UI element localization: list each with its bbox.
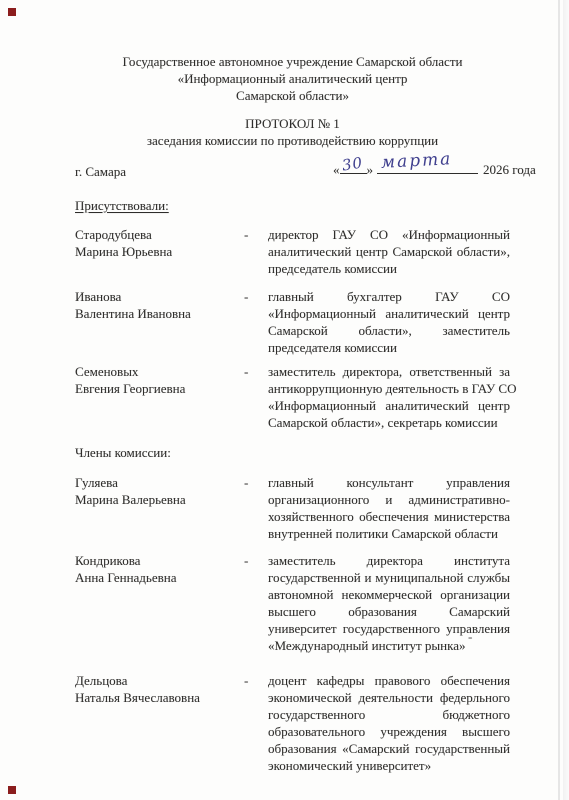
members-heading: Члены комиссии: — [75, 444, 171, 461]
role-line: внутренней политики Самарской области — [268, 525, 510, 542]
name-line: Марина Валерьевна — [75, 491, 243, 508]
role-line: «Информационный аналитический центр — [268, 397, 510, 414]
attendee-role: главный бухгалтер ГАУ СО «Информационный… — [268, 288, 510, 356]
org-name-line: Самарской области» — [75, 87, 510, 104]
name-line: Семеновых — [75, 363, 243, 380]
separator-dash: - — [244, 672, 248, 689]
name-line: Валентина Ивановна — [75, 305, 243, 322]
role-line: государственной и муниципальной службы — [268, 569, 510, 586]
close-quote: » — [367, 162, 374, 177]
role-line: организационного и административно- — [268, 491, 510, 508]
date-line: «30»марта2026 года — [333, 160, 536, 178]
role-line: образования «Самарский государственный — [268, 740, 510, 757]
attendee-name: Кондрикова Анна Геннадьевна — [75, 552, 243, 586]
scan-stray-mark: - — [468, 629, 472, 645]
name-line: Анна Геннадьевна — [75, 569, 243, 586]
role-line: председатель комиссии — [268, 260, 510, 277]
role-line: экономический университет» — [268, 757, 510, 774]
protocol-subtitle: заседания комиссии по противодействию ко… — [75, 132, 510, 149]
role-line: главный консультант управления — [268, 474, 510, 491]
attendee-name: Иванова Валентина Ивановна — [75, 288, 243, 322]
separator-dash: - — [244, 288, 248, 305]
name-line: Кондрикова — [75, 552, 243, 569]
attendees-heading: Присутствовали: — [75, 197, 169, 214]
corner-marker-bottom-left — [8, 786, 16, 794]
name-line: Марина Юрьевна — [75, 243, 243, 260]
name-line: Дельцова — [75, 672, 243, 689]
name-line: Гуляева — [75, 474, 243, 491]
attendee-role: директор ГАУ СО «Информационный аналитич… — [268, 226, 510, 277]
scan-edge-shadow — [563, 0, 569, 800]
attendee-role: главный консультант управления организац… — [268, 474, 510, 542]
role-line: «Международный институт рынка» — [268, 637, 510, 654]
attendee-role: заместитель директора, ответственный за … — [268, 363, 510, 431]
role-line: Самарской области», секретарь комиссии — [268, 414, 510, 431]
handwritten-month: марта — [381, 151, 453, 172]
name-line: Стародубцева — [75, 226, 243, 243]
role-line: доцент кафедры правового обеспечения — [268, 672, 510, 689]
role-line: экономической деятельности федерльного — [268, 689, 510, 706]
day-underline-slot: 30 — [340, 160, 367, 174]
role-line: государственного бюджетного — [268, 706, 510, 723]
attendee-name: Стародубцева Марина Юрьевна — [75, 226, 243, 260]
role-line: председателя комиссии — [268, 339, 510, 356]
separator-dash: - — [244, 474, 248, 491]
role-line: аналитический центр Самарской области», — [268, 243, 510, 260]
role-line: заместитель директора института — [268, 552, 510, 569]
name-line: Наталья Вячеславовна — [75, 689, 243, 706]
org-name-line: Государственное автономное учреждение Са… — [75, 53, 510, 70]
role-line: директор ГАУ СО «Информационный — [268, 226, 510, 243]
role-line: антикоррупционную деятельность в ГАУ СО — [268, 380, 510, 397]
scanned-protocol-page: Государственное автономное учреждение Са… — [0, 0, 569, 800]
scan-edge-line — [558, 0, 560, 800]
month-underline-slot: марта — [377, 160, 478, 174]
separator-dash: - — [244, 363, 248, 380]
role-line: Самарской области», заместитель — [268, 322, 510, 339]
year-label: 2026 года — [483, 162, 536, 177]
protocol-title-block: ПРОТОКОЛ № 1 заседания комиссии по проти… — [75, 115, 510, 149]
name-line: Иванова — [75, 288, 243, 305]
role-line: главный бухгалтер ГАУ СО — [268, 288, 510, 305]
attendee-name: Гуляева Марина Валерьевна — [75, 474, 243, 508]
role-line: заместитель директора, ответственный за — [268, 363, 510, 380]
role-line: хозяйственного обеспечения министерства — [268, 508, 510, 525]
corner-marker-top-left — [8, 8, 16, 16]
separator-dash: - — [244, 552, 248, 569]
attendee-name: Дельцова Наталья Вячеславовна — [75, 672, 243, 706]
org-name-line: «Информационный аналитический центр — [75, 70, 510, 87]
organization-header: Государственное автономное учреждение Са… — [75, 53, 510, 104]
city-label: г. Самара — [75, 164, 126, 180]
role-line: «Информационный аналитический центр — [268, 305, 510, 322]
handwritten-day: 30 — [340, 154, 363, 174]
attendee-role: доцент кафедры правового обеспечения эко… — [268, 672, 510, 774]
role-line: университет государственного управления — [268, 620, 510, 637]
role-line: автономной некоммерческой организации — [268, 586, 510, 603]
attendee-role: заместитель директора института государс… — [268, 552, 510, 654]
attendee-name: Семеновых Евгения Георгиевна — [75, 363, 243, 397]
name-line: Евгения Георгиевна — [75, 380, 243, 397]
role-line: высшего образования Самарский — [268, 603, 510, 620]
protocol-number-title: ПРОТОКОЛ № 1 — [75, 115, 510, 132]
role-line: образовательного учреждения высшего — [268, 723, 510, 740]
separator-dash: - — [244, 226, 248, 243]
